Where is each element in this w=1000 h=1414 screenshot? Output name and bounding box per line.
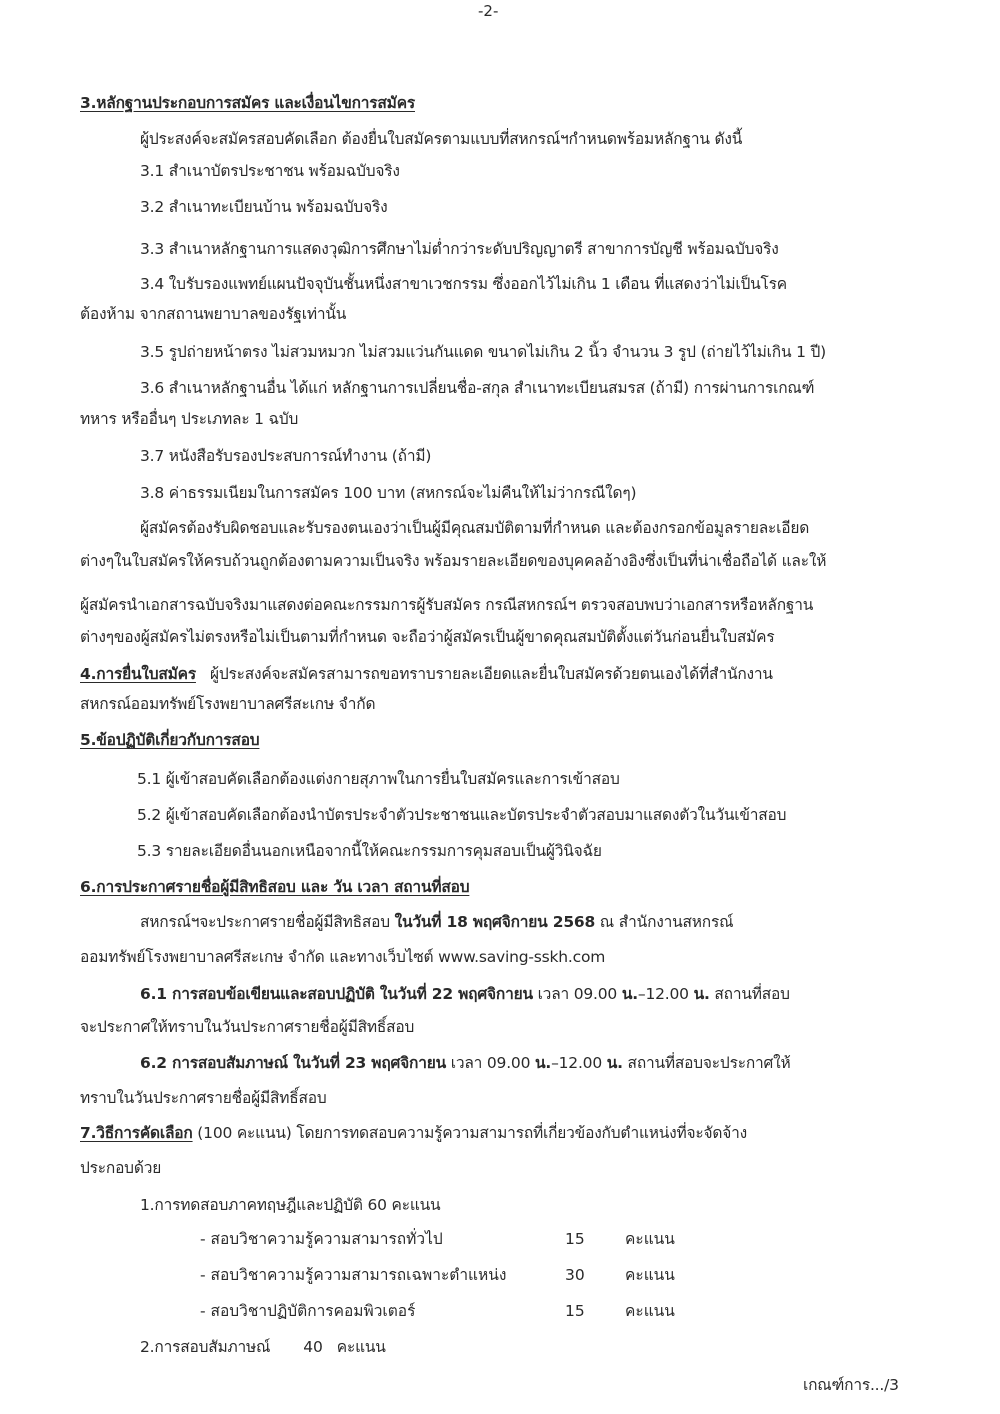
announce-date: ในวันที่ 18 พฤศจิกายน 2568 xyxy=(395,913,595,931)
item61-tail: สถานที่สอบ xyxy=(710,985,790,1003)
subject-score: 15 xyxy=(565,1300,585,1322)
section7-line2: ประกอบด้วย xyxy=(80,1157,161,1179)
document-page: -2- 3.หลักฐานประกอบการสมัคร และเงื่อนไขก… xyxy=(0,0,1000,1414)
section3-paragraph-line: ผู้สมัครนำเอกสารฉบับจริงมาแสดงต่อคณะกรรม… xyxy=(80,594,813,616)
section6-announce: สหกรณ์ฯจะประกาศรายชื่อผู้มีสิทธิสอบ ในวั… xyxy=(140,911,733,933)
subject-score: 30 xyxy=(565,1264,585,1286)
section7-line1: 7.วิธีการคัดเลือก (100 คะแนน) โดยการทดสอ… xyxy=(80,1122,747,1144)
section5-item-5-1: 5.1 ผู้เข้าสอบคัดเลือกต้องแต่งกายสุภาพใน… xyxy=(137,768,620,790)
section4-heading: 4.การยื่นใบสมัคร xyxy=(80,665,196,683)
section3-item-3-3: 3.3 สำเนาหลักฐานการแสดงวุฒิการศึกษาไม่ต่… xyxy=(140,238,779,260)
section5-item-5-3: 5.3 รายละเอียดอื่นนอกเหนือจากนี้ให้คณะกร… xyxy=(137,840,602,862)
section3-item-3-8: 3.8 ค่าธรรมเนียมในการสมัคร 100 บาท (สหกร… xyxy=(140,482,636,504)
section3-intro: ผู้ประสงค์จะสมัครสอบคัดเลือก ต้องยื่นใบส… xyxy=(140,128,742,150)
section5-item-5-2: 5.2 ผู้เข้าสอบคัดเลือกต้องนำบัตรประจำตัว… xyxy=(137,804,786,826)
section3-paragraph-line: ผู้สมัครต้องรับผิดชอบและรับรองตนเองว่าเป… xyxy=(140,517,809,539)
section7-text: (100 คะแนน) โดยการทดสอบความรู้ความสามารถ… xyxy=(193,1124,747,1142)
announce-location: ณ สำนักงานสหกรณ์ xyxy=(595,913,733,931)
section6-item-6-1: 6.1 การสอบข้อเขียนและสอบปฏิบัติ ในวันที่… xyxy=(140,983,790,1005)
announce-text: สหกรณ์ฯจะประกาศรายชื่อผู้มีสิทธิสอบ xyxy=(140,913,395,931)
item62-unit2: น. xyxy=(607,1054,623,1072)
section3-paragraph-line: ต่างๆของผู้สมัครไม่ตรงหรือไม่เป็นตามที่ก… xyxy=(80,626,774,648)
subject-unit: คะแนน xyxy=(625,1228,675,1250)
item62-unit: น. xyxy=(535,1054,551,1072)
section3-item-3-7: 3.7 หนังสือรับรองประสบการณ์ทำงาน (ถ้ามี) xyxy=(140,445,431,467)
item61-time-end: –12.00 xyxy=(638,985,694,1003)
page-number: -2- xyxy=(478,2,498,20)
section7-part2: 2.การสอบสัมภาษณ์ 40 คะแนน xyxy=(140,1336,386,1358)
section6-item-6-2: 6.2 การสอบสัมภาษณ์ ในวันที่ 23 พฤศจิกายน… xyxy=(140,1052,791,1074)
website-text: ออมทรัพย์โรงพยาบาลศรีสะเกษ จำกัด และทางเ… xyxy=(80,948,605,966)
section4-line1: 4.การยื่นใบสมัครผู้ประสงค์จะสมัครสามารถข… xyxy=(80,663,773,685)
subject-label: - สอบวิชาความรู้ความสามารถเฉพาะตำแหน่ง xyxy=(200,1264,506,1286)
subject-label: - สอบวิชาความรู้ความสามารถทั่วไป xyxy=(200,1228,443,1250)
section6-heading: 6.การประกาศรายชื่อผู้มีสิทธิสอบ และ วัน … xyxy=(80,876,469,898)
section4-line2: สหกรณ์ออมทรัพย์โรงพยาบาลศรีสะเกษ จำกัด xyxy=(80,693,375,715)
subject-unit: คะแนน xyxy=(625,1300,675,1322)
section3-paragraph-line: ต่างๆในใบสมัครให้ครบถ้วนถูกต้องตามความเป… xyxy=(80,550,826,572)
item61-unit2: น. xyxy=(694,985,710,1003)
subject-unit: คะแนน xyxy=(625,1264,675,1286)
item62-time-end: –12.00 xyxy=(551,1054,607,1072)
subject-score: 15 xyxy=(565,1228,585,1250)
section7-part1: 1.การทดสอบภาคทฤษฎีและปฏิบัติ 60 คะแนน xyxy=(140,1194,440,1216)
section5-heading: 5.ข้อปฏิบัติเกี่ยวกับการสอบ xyxy=(80,729,259,751)
section3-item-3-5: 3.5 รูปถ่ายหน้าตรง ไม่สวมหมวก ไม่สวมแว่น… xyxy=(140,341,826,363)
item62-title: 6.2 การสอบสัมภาษณ์ ในวันที่ 23 พฤศจิกายน xyxy=(140,1054,446,1072)
section4-text: ผู้ประสงค์จะสมัครสามารถขอทราบรายละเอียดแ… xyxy=(210,665,773,683)
item62-time-start: เวลา 09.00 xyxy=(446,1054,535,1072)
subject-label: - สอบวิชาปฏิบัติการคอมพิวเตอร์ xyxy=(200,1300,415,1322)
section3-item-3-6-cont: ทหาร หรืออื่นๆ ประเภทละ 1 ฉบับ xyxy=(80,408,298,430)
section3-item-3-4: 3.4 ใบรับรองแพทย์แผนปัจจุบันชั้นหนึ่งสาข… xyxy=(140,273,787,295)
section3-item-3-1: 3.1 สำเนาบัตรประชาชน พร้อมฉบับจริง xyxy=(140,160,400,182)
section3-heading: 3.หลักฐานประกอบการสมัคร และเงื่อนไขการสม… xyxy=(80,92,415,114)
section3-item-3-4-cont: ต้องห้าม จากสถานพยาบาลของรัฐเท่านั้น xyxy=(80,303,346,325)
item62-tail: สถานที่สอบจะประกาศให้ xyxy=(623,1054,791,1072)
item61-unit: น. xyxy=(622,985,638,1003)
section3-item-3-2: 3.2 สำเนาทะเบียนบ้าน พร้อมฉบับจริง xyxy=(140,196,387,218)
section6-announce-line2: ออมทรัพย์โรงพยาบาลศรีสะเกษ จำกัด และทางเ… xyxy=(80,946,605,968)
item61-title: 6.1 การสอบข้อเขียนและสอบปฏิบัติ ในวันที่… xyxy=(140,985,533,1003)
item61-time-start: เวลา 09.00 xyxy=(533,985,622,1003)
section3-item-3-6: 3.6 สำเนาหลักฐานอื่น ได้แก่ หลักฐานการเป… xyxy=(140,377,814,399)
section6-item-6-2-cont: ทราบในวันประกาศรายชื่อผู้มีสิทธิ์สอบ xyxy=(80,1087,327,1109)
section7-heading: 7.วิธีการคัดเลือก xyxy=(80,1124,193,1142)
continued-footer: เกณฑ์การ.../3 xyxy=(803,1374,899,1396)
section6-item-6-1-cont: จะประกาศให้ทราบในวันประกาศรายชื่อผู้มีสิ… xyxy=(80,1016,414,1038)
